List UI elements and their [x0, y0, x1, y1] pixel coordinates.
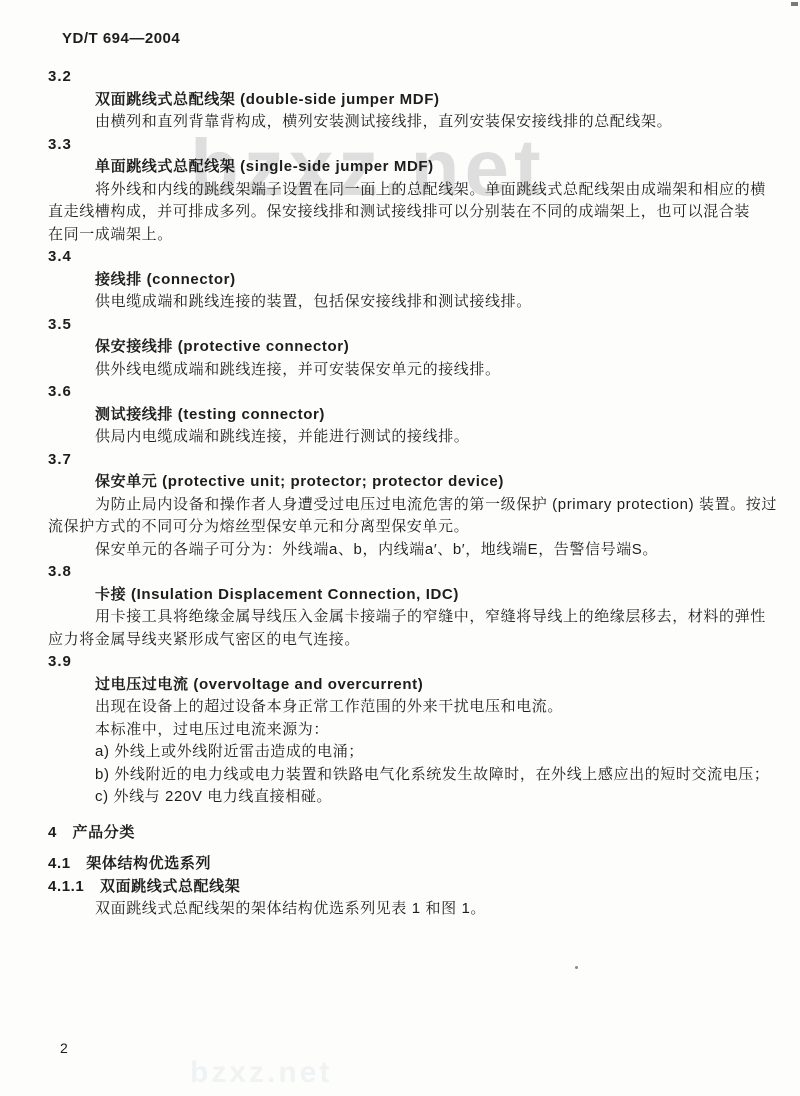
term-heading: 单面跳线式总配线架 (single-side jumper MDF): [48, 156, 764, 179]
subsection-body-line: 双面跳线式总配线架的架体结构优选系列见表 1 和图 1。: [48, 898, 764, 921]
term-body-line: 供外线电缆成端和跳线连接，并可安装保安单元的接线排。: [48, 359, 764, 382]
term-body-line: 为防止局内设备和操作者人身遭受过电压过电流危害的第一级保护 (primary p…: [48, 494, 764, 517]
term-body-line: 用卡接工具将绝缘金属导线压入金属卡接端子的窄缝中，窄缝将导线上的绝缘层移去，材料…: [48, 606, 764, 629]
term-heading: 保安单元 (protective unit; protector; protec…: [48, 471, 764, 494]
clause-number: 3.9: [48, 651, 764, 674]
clause-number: 3.2: [48, 66, 764, 89]
term-body-line: 保安单元的各端子可分为：外线端a、b，内线端a′、b′，地线端E，告警信号端S。: [48, 539, 764, 562]
document-standard-number: YD/T 694—2004: [62, 30, 180, 47]
term-body-line: 由横列和直列背靠背构成，横列安装测试接线排，直列安装保安接线排的总配线架。: [48, 111, 764, 134]
term-heading: 测试接线排 (testing connector): [48, 404, 764, 427]
term-body-line: b) 外线附近的电力线或电力装置和铁路电气化系统发生故障时，在外线上感应出的短时…: [48, 764, 764, 787]
section-heading: 4.1 架体结构优选系列: [48, 853, 764, 876]
terms-list: 3.2双面跳线式总配线架 (double-side jumper MDF)由横列…: [48, 66, 764, 809]
term-body-line: c) 外线与 220V 电力线直接相碰。: [48, 786, 764, 809]
subsection-heading: 4.1.1 双面跳线式总配线架: [48, 876, 764, 899]
clause-number: 3.8: [48, 561, 764, 584]
term-body-line: 供局内电缆成端和跳线连接，并能进行测试的接线排。: [48, 426, 764, 449]
term-heading: 双面跳线式总配线架 (double-side jumper MDF): [48, 89, 764, 112]
term-body-line: 应力将金属导线夹紧形成气密区的电气连接。: [48, 629, 764, 652]
term-body-line: 出现在设备上的超过设备本身正常工作范围的外来干扰电压和电流。: [48, 696, 764, 719]
term-heading: 保安接线排 (protective connector): [48, 336, 764, 359]
term-body-line: a) 外线上或外线附近雷击造成的电涌；: [48, 741, 764, 764]
scanned-document-page: bzxz.net bzxz.net YD/T 694—2004 3.2双面跳线式…: [0, 0, 800, 1096]
clause-number: 3.6: [48, 381, 764, 404]
clause-number: 3.7: [48, 449, 764, 472]
term-body-line: 在同一成端架上。: [48, 224, 764, 247]
page-body: 3.2双面跳线式总配线架 (double-side jumper MDF)由横列…: [48, 66, 764, 921]
page-number: 2: [60, 1040, 68, 1056]
scan-speck: [791, 2, 798, 6]
term-body-line: 直走线槽构成，并可排成多列。保安接线排和测试接线排可以分别装在不同的成端架上，也…: [48, 201, 764, 224]
term-body-line: 供电缆成端和跳线连接的装置，包括保安接线排和测试接线排。: [48, 291, 764, 314]
clause-number: 3.3: [48, 134, 764, 157]
term-heading: 接线排 (connector): [48, 269, 764, 292]
term-body-line: 流保护方式的不同可分为熔丝型保安单元和分离型保安单元。: [48, 516, 764, 539]
chapter-heading: 4 产品分类: [48, 822, 764, 845]
term-body-line: 本标准中，过电压过电流来源为：: [48, 719, 764, 742]
term-heading: 过电压过电流 (overvoltage and overcurrent): [48, 674, 764, 697]
chapter-4: 4 产品分类 4.1 架体结构优选系列 4.1.1 双面跳线式总配线架 双面跳线…: [48, 822, 764, 921]
watermark-bottom-text: bzxz.net: [190, 1056, 332, 1090]
scan-speck: [575, 966, 578, 969]
clause-number: 3.4: [48, 246, 764, 269]
term-body-line: 将外线和内线的跳线架端子设置在同一面上的总配线架。单面跳线式总配线架由成端架和相…: [48, 179, 764, 202]
clause-number: 3.5: [48, 314, 764, 337]
term-heading: 卡接 (Insulation Displacement Connection, …: [48, 584, 764, 607]
